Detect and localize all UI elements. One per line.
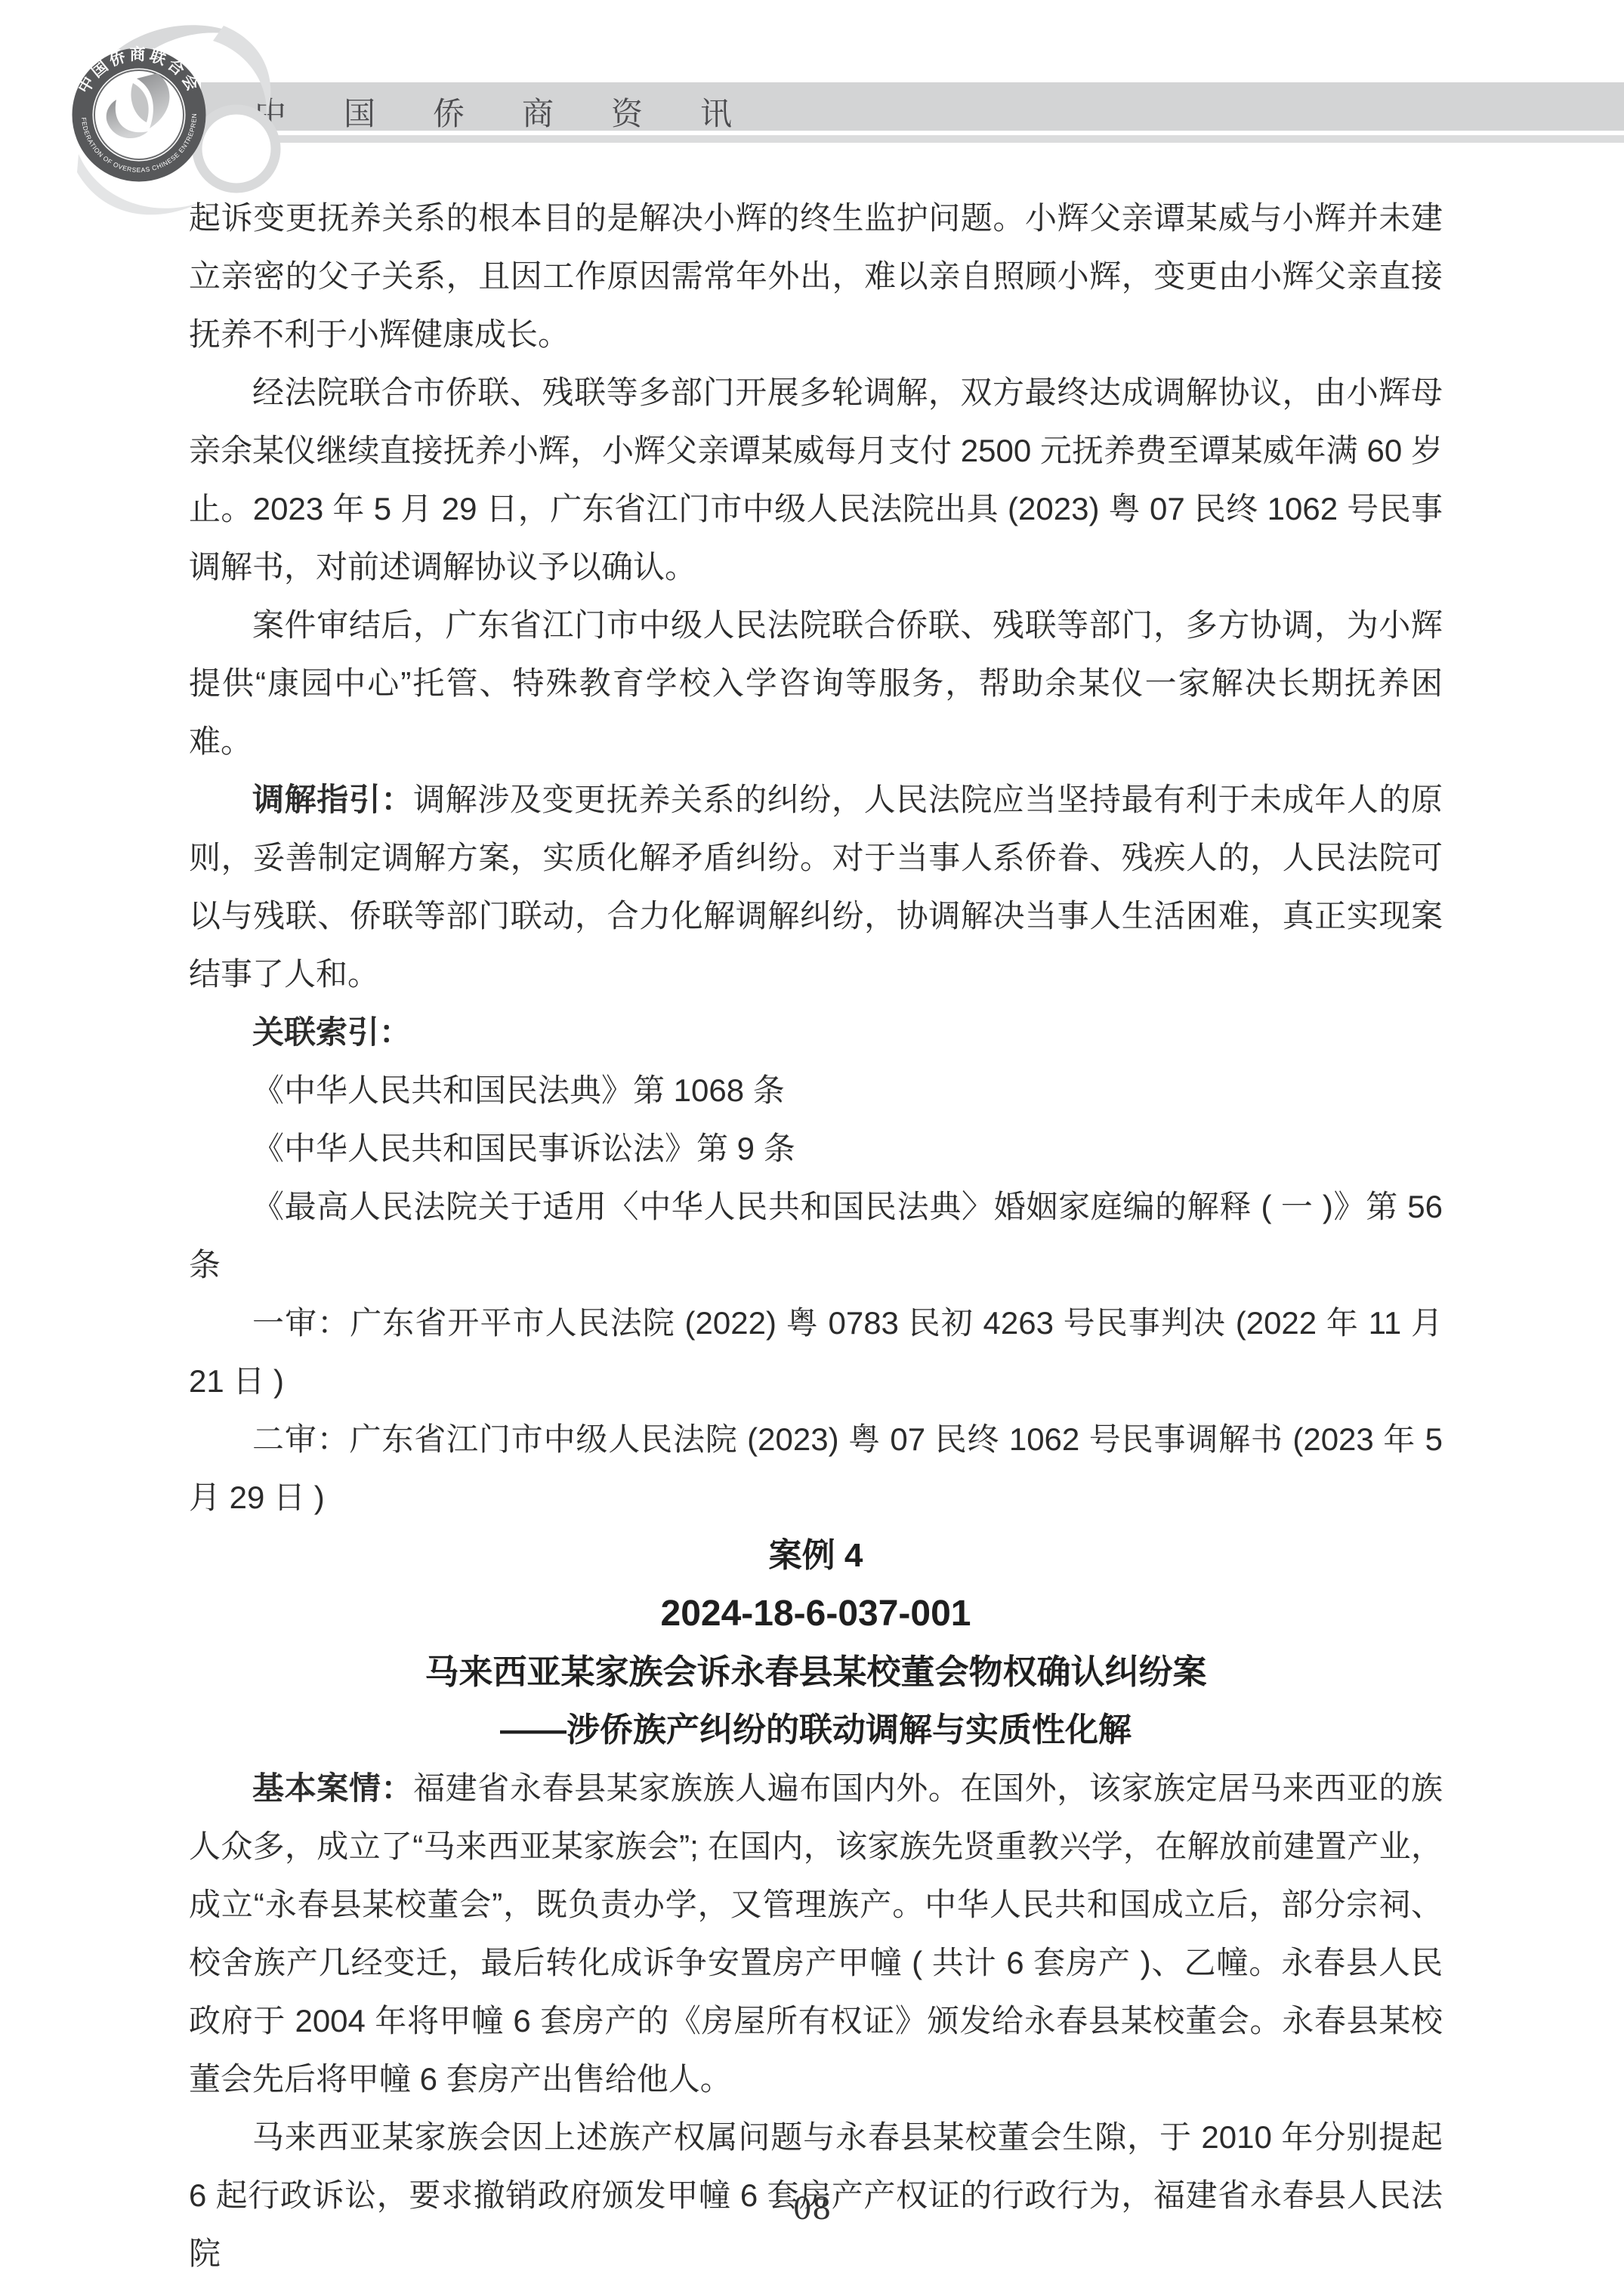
paragraph: 案件审结后，广东省江门市中级人民法院联合侨联、残联等部门，多方协调，为小辉提供“… [189,596,1443,770]
citation-line: 一审：广东省开平市人民法院 (2022) 粤 0783 民初 4263 号民事判… [189,1294,1443,1410]
article-body: 起诉变更抚养关系的根本目的是解决小辉的终生监护问题。小辉父亲谭某威与小辉并未建立… [189,189,1443,2282]
case-number: 2024-18-6-037-001 [189,1585,1443,1643]
paragraph-label: 关联索引： [252,1014,411,1050]
case-heading: 案例 4 [189,1526,1443,1585]
citation-line: 二审：广东省江门市中级人民法院 (2023) 粤 07 民终 1062 号民事调… [189,1410,1443,1526]
document-page: 中国侨商资讯 中国侨商联合会 CHINA [0,0,1624,2293]
publication-title: 中国侨商资讯 [255,90,789,145]
paragraph: 起诉变更抚养关系的根本目的是解决小辉的终生监护问题。小辉父亲谭某威与小辉并未建立… [189,189,1443,363]
paragraph-label: 基本案情： [252,1770,413,1806]
logo-light-ring [197,110,276,188]
citation-line: 《中华人民共和国民法典》第 1068 条 [189,1061,1443,1119]
paragraph-label: 调解指引： [252,782,413,817]
paragraph: 基本案情：福建省永春县某家族族人遍布国内外。在国外，该家族定居马来西亚的族人众多… [189,1759,1443,2108]
paragraph: 经法院联合市侨联、残联等多部门开展多轮调解，双方最终达成调解协议，由小辉母亲余某… [189,363,1443,596]
section-label-line: 关联索引： [189,1003,1443,1061]
case-subtitle: ——涉侨族产纠纷的联动调解与实质性化解 [189,1701,1443,1759]
citation-line: 《最高人民法院关于适用〈中华人民共和国民法典〉婚姻家庭编的解释 ( 一 )》第 … [189,1177,1443,1294]
citation-line: 《中华人民共和国民事诉讼法》第 9 条 [189,1119,1443,1177]
case-title: 马来西亚某家族会诉永春县某校董会物权确认纠纷案 [189,1643,1443,1701]
paragraph: 调解指引：调解涉及变更抚养关系的纠纷，人民法院应当坚持最有利于未成年人的原则，妥… [189,770,1443,1003]
page-number: 08 [0,2192,1624,2227]
